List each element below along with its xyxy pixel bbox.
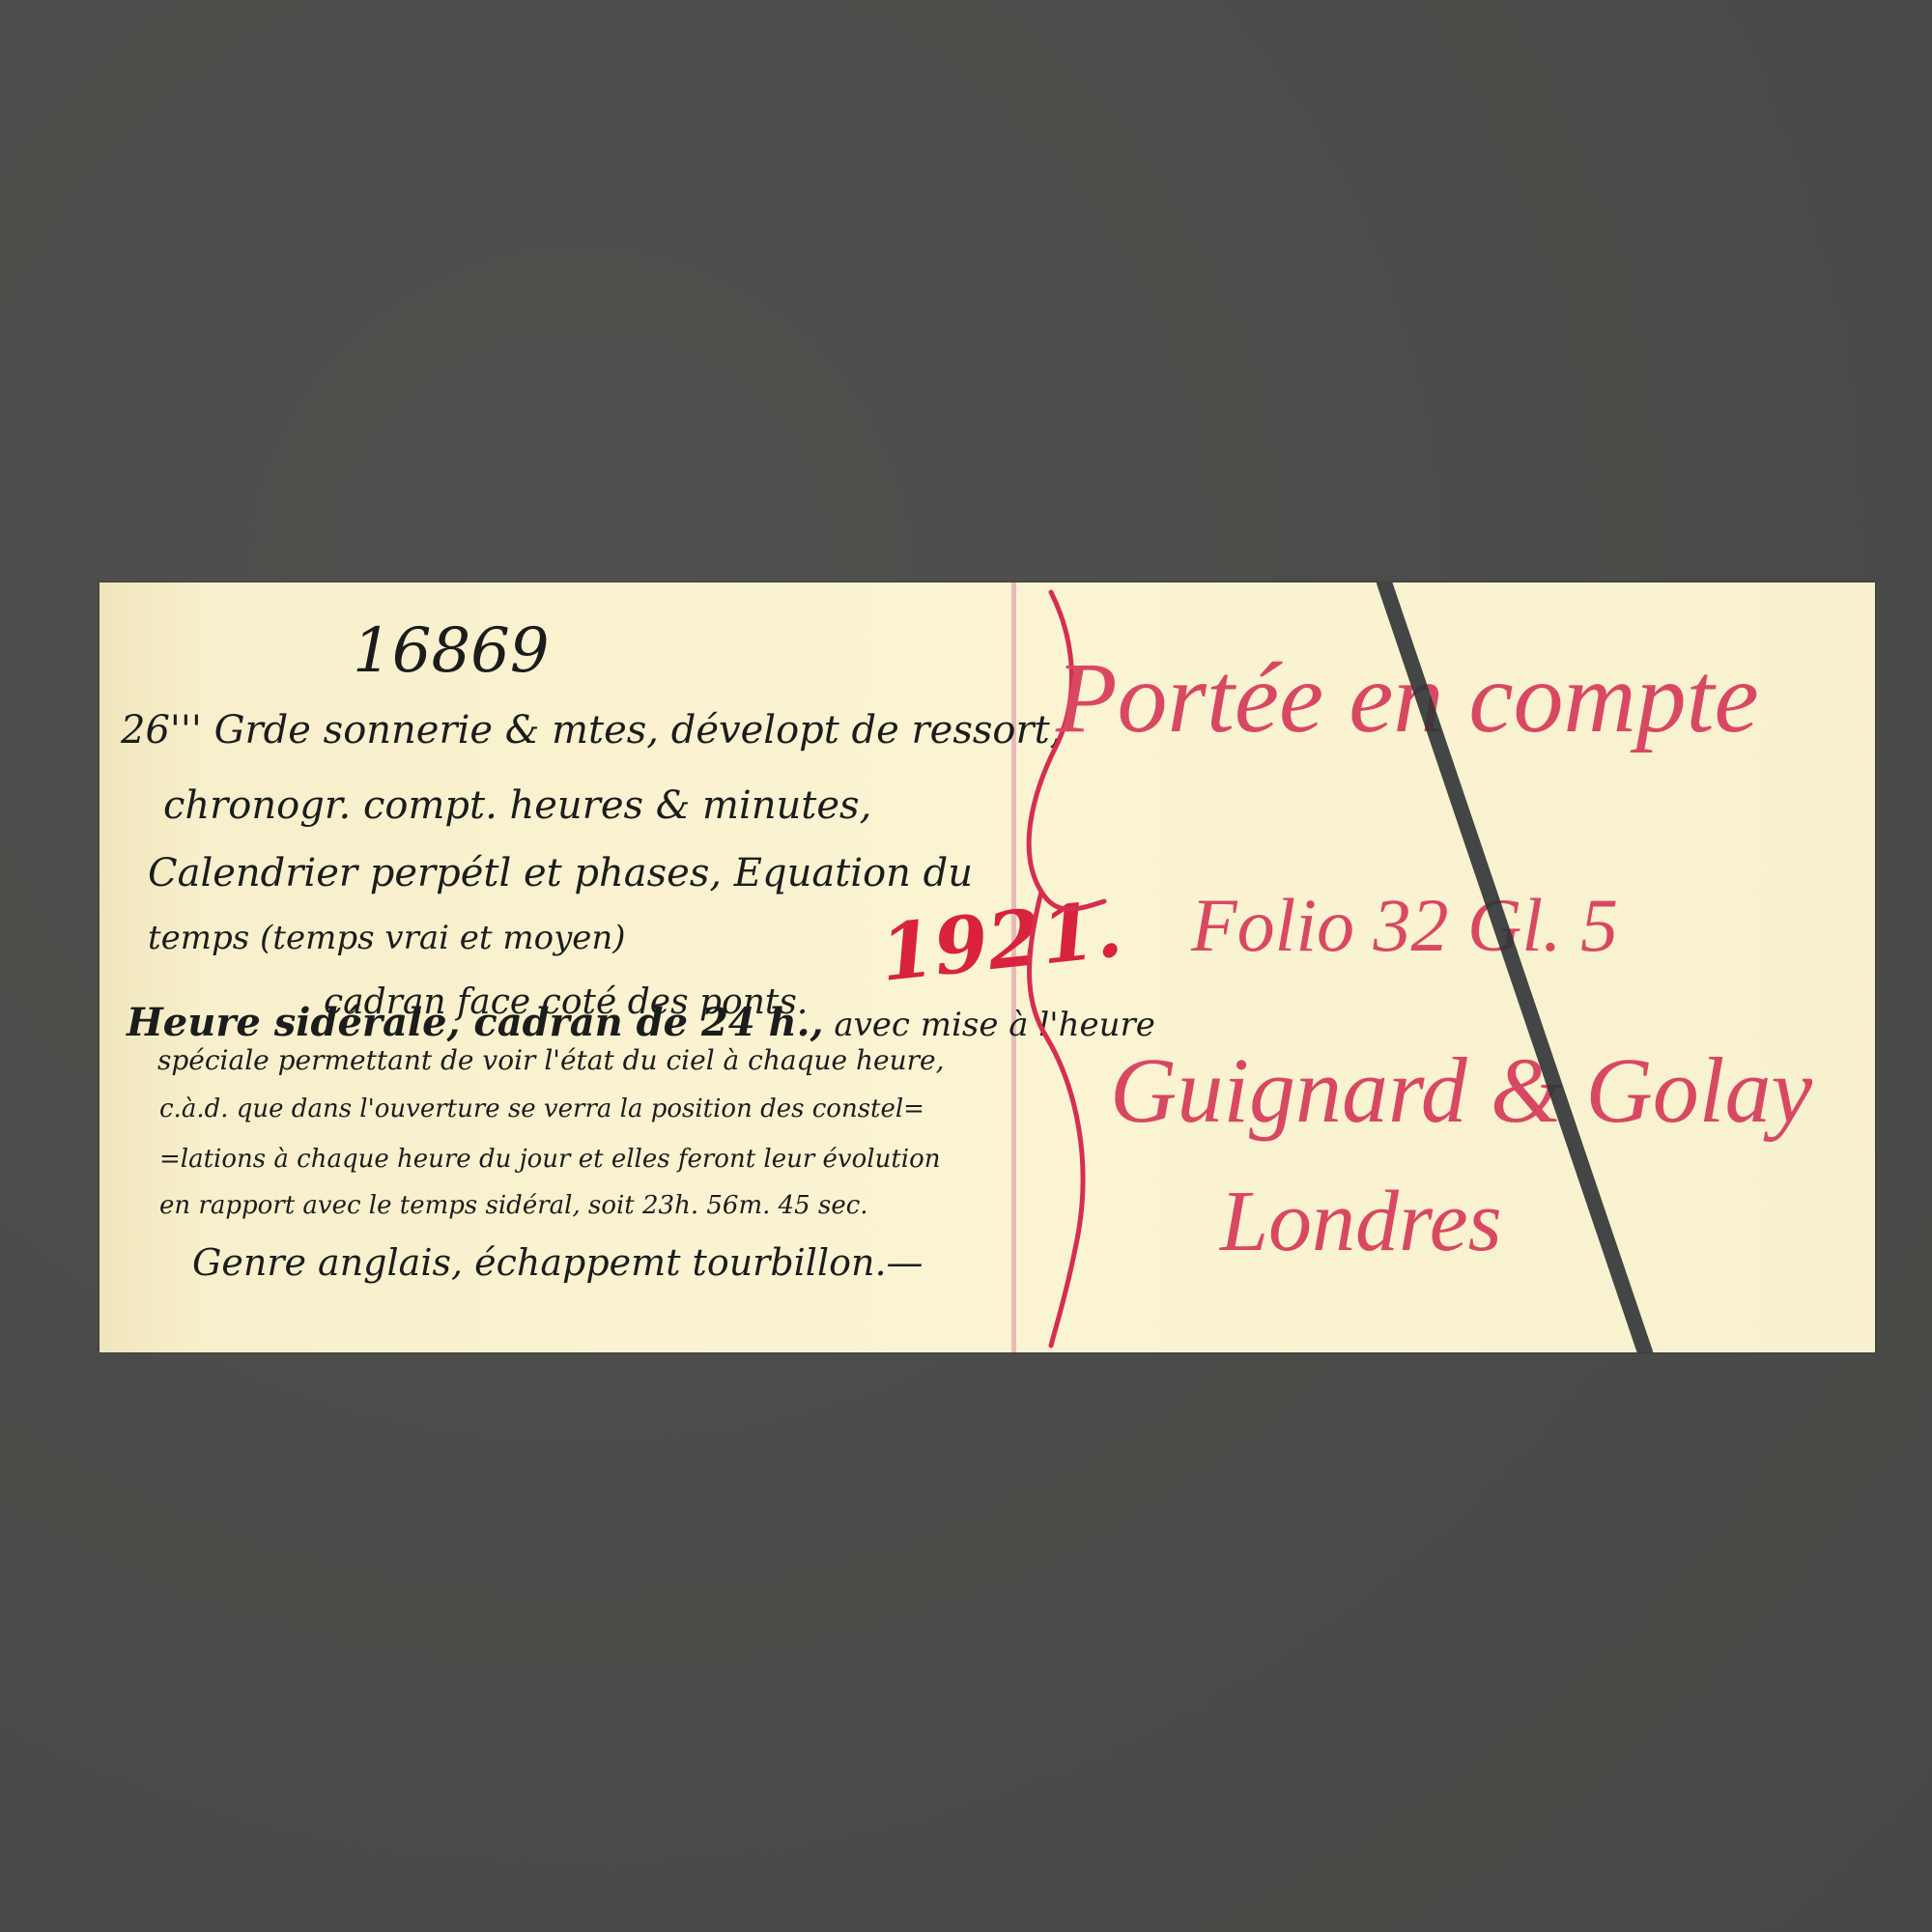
pencil-strike-line	[99, 582, 1875, 1352]
ledger-card: 16869 26''' Grde sonnerie & mtes, dévelo…	[99, 582, 1875, 1352]
